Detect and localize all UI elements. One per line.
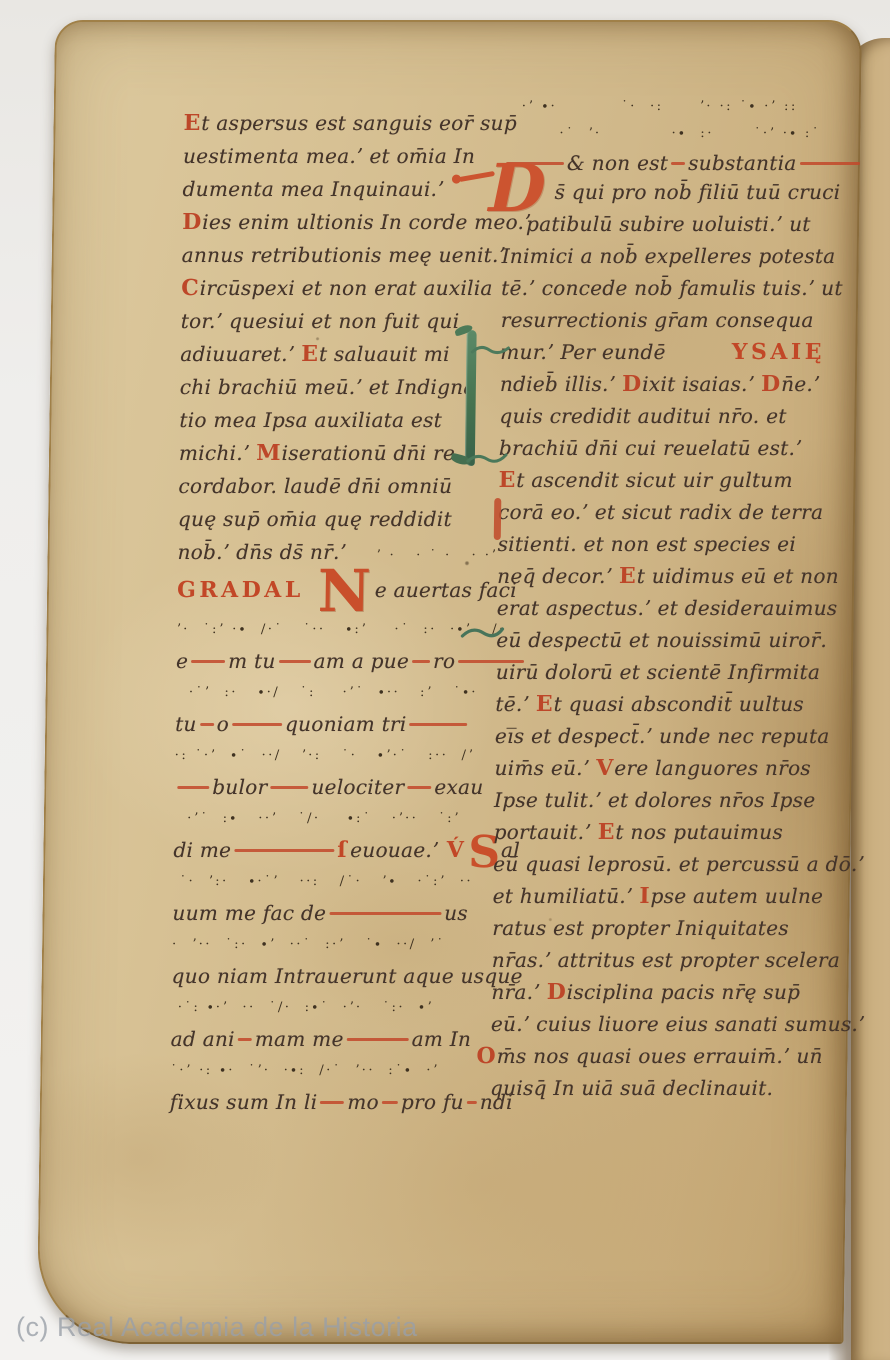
body-text: michi.ʼ [179, 441, 257, 465]
rubric-text: GRADAL [177, 577, 304, 603]
manuscript-line: brachiū dn̄i cui reuelatū est.ʼ [499, 433, 865, 465]
melisma-line [407, 786, 431, 789]
manuscript-line: Et aspersus est sanguis eor̄ sup̄ [183, 108, 523, 141]
body-text: t ascendit sicut uir gultum [516, 468, 793, 492]
red-initial: E [498, 467, 516, 493]
manuscript-line: quę sup̄ om̄ia quę reddidit [178, 504, 518, 537]
green-flourish-icon [460, 622, 504, 646]
neume-line: ˙·ʼ ·: ∙· ˙ʼ· ·∙: /·˙ ʼ·· :˙∙ ·ʼ [170, 1058, 510, 1087]
melisma-line [270, 786, 308, 789]
body-text: uim̄s eū.ʼ [494, 756, 596, 780]
body-text: brachiū dn̄i cui reuelatū est.ʼ [499, 436, 802, 460]
neume-glyphs: ʼ· ·: ˙∙ ·ʼ :: [700, 99, 798, 114]
melisma-line [467, 1101, 477, 1104]
body-text: pse autem uulne [650, 884, 823, 908]
red-line-filler [494, 498, 502, 540]
spacer [504, 109, 522, 110]
neume-line: ·˙ ʼ··∙ :·˙·ʼ ·∙ :˙ [503, 121, 869, 148]
manuscript-line: corā eo.ʼ et sicut radix de terra [498, 497, 864, 529]
neume-glyphs: ·ʼ˙ :∙ ··ʼ ˙/· ∙:˙ ·ʼ·· ˙:ʼ [174, 811, 461, 826]
spacer [664, 109, 700, 110]
red-initial: V [596, 755, 614, 781]
body-text: eū.ʼ cuius liuore eius sanati sumus.ʼ [491, 1012, 865, 1036]
neume-glyphs: ˙· ·: [621, 99, 664, 114]
body-text: patibulū subire uoluisti.ʼ ut [526, 212, 811, 236]
body-text: tu [175, 712, 197, 736]
red-initial: E [301, 341, 319, 367]
manuscript-line: nr̄a.ʼ Disciplina pacis nr̄ę sup̄ [491, 977, 857, 1009]
manuscript-line: resurrectionis gr̄am consequa [501, 305, 867, 337]
melisma-line [671, 162, 685, 165]
manuscript-line: Ipse tulit.ʼ et dolores nr̄os Ipse [494, 785, 860, 817]
body-text: mur.ʼ Per eundē [500, 340, 666, 364]
body-text: quisq̄ In uiā suā declinauit. [490, 1076, 773, 1100]
melisma-line [410, 723, 468, 726]
body-text: uelociter [311, 775, 404, 799]
melisma-line [412, 660, 430, 663]
chant-line: uum me fac deus [172, 898, 512, 932]
melisma-line [238, 1038, 252, 1041]
spacer [714, 136, 754, 137]
manuscript-line: mur.ʼ Per eundēYSAIĘ [500, 337, 866, 369]
manuscript-line: GRADALNe auertas faci [177, 570, 518, 617]
body-text: o [217, 712, 230, 736]
green-flourish-icon [466, 450, 508, 470]
body-text: quę sup̄ om̄ia quę reddidit [178, 507, 452, 531]
body-text: t saluauit mi [319, 342, 450, 366]
chant-line: tuoquoniam tri [175, 709, 515, 743]
chant-line: & non estsubstantia [503, 148, 869, 177]
body-text: eū despectū et nouissimū uiror̄. [496, 628, 827, 652]
body-text: ixit isaias.ʼ [642, 372, 761, 396]
red-initial: D [761, 371, 781, 397]
body-text: ircūspexi et non erat auxilia [200, 276, 493, 300]
body-text: cordabor. laudē dn̄i omniū [178, 474, 452, 498]
melisma-line [329, 912, 441, 915]
red-initial: D [546, 979, 566, 1005]
body-text: quo niam Intrauerunt aque usque [171, 964, 522, 988]
body-text: adiuuaret.ʼ [180, 342, 301, 366]
body-text: euouae.ʼ [350, 838, 439, 862]
red-initial: M [256, 440, 282, 466]
chant-line: em tuam a puero [176, 646, 516, 680]
body-text: & non est [567, 151, 669, 175]
left-text-column: Et aspersus est sanguis eor̄ sup̄uestime… [170, 108, 524, 1121]
body-text: isciplina pacis nr̄ę sup̄ [567, 980, 801, 1004]
body-text: mam me [255, 1027, 344, 1051]
body-text: corā eo.ʼ et sicut radix de terra [498, 500, 824, 524]
red-initial: E [183, 110, 201, 136]
red-initial: E [598, 819, 616, 845]
chant-line: buloruelociterexau [174, 772, 514, 806]
body-text: n̄e.ʼ [781, 372, 820, 396]
body-text: dumenta mea Inquinaui.ʼ [182, 177, 444, 201]
neume-glyphs: ˙·ʼ ·: ∙· ˙ʼ· ·∙: /·˙ ʼ·· :˙∙ ·ʼ [170, 1063, 439, 1078]
neume-glyphs: ·˙ ʼ· [559, 126, 601, 141]
manuscript-line: patibulū subire uoluisti.ʼ ut [526, 209, 868, 241]
neume-glyphs: ʼ · · ˙ · · ·ʼ [376, 548, 498, 563]
manuscript-line: erat aspectus.ʼ et desiderauimus [497, 593, 863, 625]
body-text: ratus est propter Iniquitates [492, 916, 789, 940]
body-text: quis credidit auditui nr̄o. et [499, 404, 787, 428]
body-text: iserationū dn̄i re [281, 441, 455, 465]
body-text: uirū dolorū et scientē Infirmita [496, 660, 821, 684]
manuscript-page: Et aspersus est sanguis eor̄ sup̄uestime… [37, 20, 862, 1344]
body-text: portauit.ʼ [493, 820, 597, 844]
spacer [503, 136, 559, 137]
neume-line: ·˙ʼ :· ∙·/ ˙: ·ʼ˙ ∙·· :ʼ ˙∙· [175, 680, 515, 709]
melisma-line [279, 660, 311, 663]
neume-glyphs: ˙·ʼ ·∙ :˙ [754, 126, 821, 141]
neume-line: · ʼ·· ˙:· ∙ʼ ··˙ :·ʼ ˙∙ ··/ ʼ˙ [172, 932, 512, 961]
red-initial: O [476, 1043, 497, 1069]
manuscript-line: neq̄ decor.ʼ Et uidimus eū et non [497, 561, 863, 593]
body-text: exau [434, 775, 483, 799]
body-text: quoniam tri [285, 712, 407, 736]
red-initial: D [622, 371, 642, 397]
neume-glyphs: ·˙ʼ :· ∙·/ ˙: ·ʼ˙ ∙·· :ʼ ˙∙· [176, 685, 479, 700]
body-text: pro fu [401, 1090, 464, 1114]
red-initial: C [181, 275, 200, 301]
neume-line: ·ʼ ∙·˙· ·:ʼ· ·: ˙∙ ·ʼ :: [504, 94, 870, 121]
body-text: ere languores nr̄os [614, 756, 811, 780]
manuscript-line: ei̅s et despect̄.ʼ unde nec reputa [495, 721, 861, 753]
red-initial: E [619, 563, 637, 589]
illuminated-initial-d: D [488, 158, 546, 218]
manuscript-line: quis credidit auditui nr̄o. et [499, 401, 865, 433]
body-text: ro [433, 649, 456, 673]
body-text: neq̄ decor.ʼ [497, 564, 619, 588]
chant-line: fixus sum In limopro fundi [170, 1087, 510, 1121]
body-text: m̄s nos quasi oues errauim̄.ʼ un̄ [497, 1044, 823, 1068]
body-text: s̄ qui pro nob̄ filiū tuū cruci [554, 180, 840, 204]
body-text: resurrectionis gr̄am consequa [501, 308, 814, 332]
manuscript-line: s̄ qui pro nob̄ filiū tuū cruci [554, 177, 868, 209]
body-text: t uidimus eū et non [637, 564, 839, 588]
melisma-line [232, 723, 282, 726]
body-text: Ipse tulit.ʼ et dolores nr̄os Ipse [494, 788, 816, 812]
body-text: am In [412, 1027, 472, 1051]
neume-glyphs: ·: ˙·ʼ ∙˙ ··/ ʼ·: ˙· ∙ʼ·˙ :·· /ʼ [175, 748, 476, 763]
body-text: eū quasi leprosū. et percussū a dō.ʼ [493, 852, 864, 876]
red-initial: I [639, 883, 651, 909]
body-text: ei̅s et despect̄.ʼ unde nec reputa [495, 724, 830, 748]
body-text: t aspersus est sanguis eor̄ sup̄ [201, 111, 517, 135]
body-text: mo [347, 1090, 379, 1114]
body-text: ndieb̄ illis.ʼ [500, 372, 623, 396]
neume-line: ·ʼ˙ :∙ ··ʼ ˙/· ∙:˙ ·ʼ·· ˙:ʼ [174, 806, 514, 835]
body-text: bulor [212, 775, 268, 799]
body-text: m tu [228, 649, 276, 673]
spacer [304, 596, 316, 597]
body-text: erat aspectus.ʼ et desiderauimus [497, 596, 838, 620]
manuscript-line: Dies enim ultionis In corde meo.ʼ [182, 207, 522, 240]
body-text: tē.ʼ [495, 692, 536, 716]
body-text: tor.ʼ quesiui et non fuit qui [181, 309, 460, 333]
melisma-line [191, 660, 225, 663]
melisma-line [382, 1101, 398, 1104]
body-text: sitienti. et non est species ei [498, 532, 797, 556]
manuscript-line: ndieb̄ illis.ʼ Dixit isaias.ʼ Dn̄e.ʼ [500, 369, 866, 401]
chant-line: di meſeuouae.ʼV́Sal [173, 835, 513, 869]
melisma-line [200, 723, 214, 726]
rubric-text: ſ [337, 837, 350, 863]
manuscript-line: et humiliatū.ʼ Ipse autem uulne [493, 881, 859, 913]
body-text: e [176, 649, 188, 673]
body-text: nr̄as.ʼ attritus est propter scelera [492, 948, 841, 972]
manuscript-line: ratus est propter Iniquitates [492, 913, 858, 945]
body-text: substantia [688, 151, 797, 175]
manuscript-line: uim̄s eū.ʼ Vere languores nr̄os [494, 753, 860, 785]
body-text: uestimenta mea.ʼ et om̄ia In [183, 144, 475, 168]
melisma-line [347, 1038, 409, 1041]
body-text: nr̄a.ʼ [491, 980, 547, 1004]
neume-glyphs: ˙· ʼ:· ∙·˙ʼ ··: /˙· ʼ∙ ·˙:ʼ ·· [173, 874, 473, 889]
spacer [602, 136, 672, 137]
chant-line: quo niam Intrauerunt aque usque [171, 961, 511, 995]
rubric-text: V́ [447, 837, 468, 863]
manuscript-line: Et ascendit sicut uir gultum [498, 465, 864, 497]
body-text: am a pue [313, 649, 409, 673]
melisma-line [234, 849, 334, 852]
body-text: et humiliatū.ʼ [493, 884, 640, 908]
melisma-line [320, 1101, 344, 1104]
manuscript-line: sitienti. et non est species ei [497, 529, 863, 561]
manuscript-line: tē.ʼ concede nob̄ famulis tuis.ʼ ut [501, 273, 867, 305]
body-text: t nos putauimus [615, 820, 783, 844]
neume-line: ˙· ʼ:· ∙·˙ʼ ··: /˙· ʼ∙ ·˙:ʼ ·· [173, 869, 513, 898]
neume-line: ·: ˙·ʼ ∙˙ ··/ ʼ·: ˙· ∙ʼ·˙ :·· /ʼ [174, 743, 514, 772]
body-text: fixus sum In li [170, 1090, 318, 1114]
body-text: chi brachiū meū.ʼ et Indigna [180, 375, 476, 399]
red-initial: E [536, 691, 554, 717]
manuscript-line: uirū dolorū et scientē Infirmita [496, 657, 862, 689]
manuscript-line: portauit.ʼ Et nos putauimus [493, 817, 859, 849]
spacer [666, 358, 732, 359]
body-text: t quasi abscondit̄ uultus [554, 692, 805, 716]
spacer [557, 109, 621, 110]
manuscript-line: eū quasi leprosū. et percussū a dō.ʼ [493, 849, 859, 881]
body-text: ad ani [171, 1027, 235, 1051]
neume-glyphs: ·˙: ∙·ʼ ·· ˙/· :∙˙ ·ʼ· ˙:· ∙ʼ [171, 1000, 434, 1015]
red-initial: D [182, 209, 202, 235]
body-text: Inimici a nob̄ expelleres potesta [502, 244, 836, 268]
manuscript-line: Om̄s nos quasi oues errauim̄.ʼ un̄ [476, 1041, 856, 1073]
body-text: tē.ʼ concede nob̄ famulis tuis.ʼ ut [501, 276, 843, 300]
body-text: uum me fac de [172, 901, 326, 925]
manuscript-line: tē.ʼ Et quasi abscondit̄ uultus [495, 689, 861, 721]
body-text: annus retributionis meę uenit.ʼ [182, 243, 506, 267]
neume-glyphs: ·∙ :· [671, 126, 714, 141]
manuscript-line: cordabor. laudē dn̄i omniū [178, 471, 518, 504]
neume-line: ·˙: ∙·ʼ ·· ˙/· :∙˙ ·ʼ· ˙:· ∙ʼ [171, 995, 511, 1024]
body-text: ies enim ultionis In corde meo.ʼ [202, 210, 531, 234]
right-text-column: ·ʼ ∙·˙· ·:ʼ· ·: ˙∙ ·ʼ ::·˙ ʼ··∙ :·˙·ʼ ·∙… [490, 94, 870, 1105]
manuscript-line: Inimici a nob̄ expelleres potesta [501, 241, 867, 273]
manuscript-line: Circūspexi et non erat auxilia [181, 273, 521, 306]
manuscript-line: eū despectū et nouissimū uiror̄. [496, 625, 862, 657]
neume-glyphs: ·ʼ ∙· [522, 99, 558, 114]
melisma-line [800, 162, 860, 165]
manuscript-line: quisq̄ In uiā suā declinauit. [490, 1073, 856, 1105]
melisma-line [177, 786, 209, 789]
manuscript-line: eū.ʼ cuius liuore eius sanati sumus.ʼ [491, 1009, 857, 1041]
body-text: tio mea Ipsa auxiliata est [179, 408, 442, 432]
chant-line: ad animam meam In [171, 1024, 511, 1058]
manuscript-line: uestimenta mea.ʼ et om̄ia In [183, 141, 523, 174]
body-text: e auertas faci [375, 578, 517, 602]
body-text: us [444, 901, 468, 925]
manuscript-line: annus retributionis meę uenit.ʼ [181, 240, 521, 273]
manuscript-line: nr̄as.ʼ attritus est propter scelera [492, 945, 858, 977]
green-flourish-icon [470, 342, 510, 362]
rubric-text: YSAIĘ [732, 339, 826, 365]
body-text: di me [173, 838, 231, 862]
copyright-watermark: (c) Real Academia de la Historia [16, 1312, 418, 1343]
neume-glyphs: · ʼ·· ˙:· ∙ʼ ··˙ :·ʼ ˙∙ ··/ ʼ˙ [172, 937, 446, 952]
